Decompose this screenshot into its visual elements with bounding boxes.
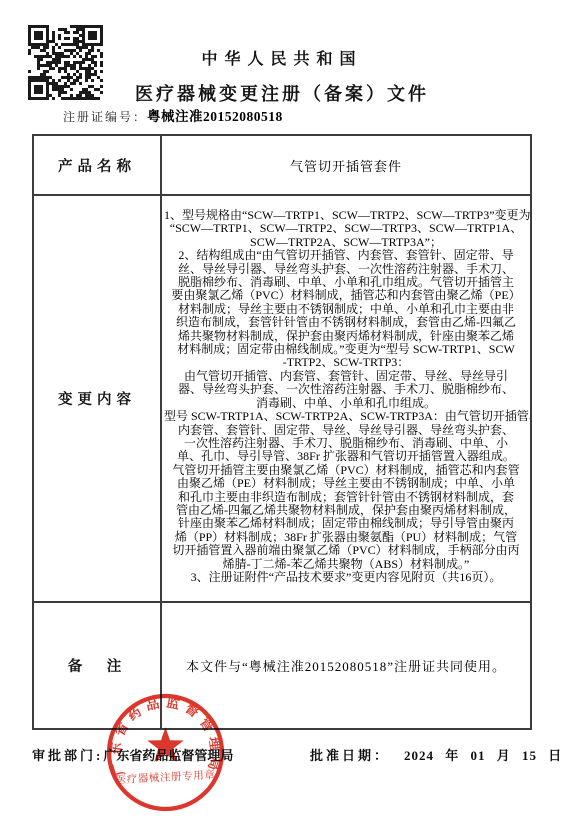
remark-value: 本文件与“粤械注准20152080518”注册证共同使用。 xyxy=(162,603,530,728)
remark-label: 备 注 xyxy=(34,603,162,728)
document-table: 产品名称 气管切开插管套件 变更内容 1、型号规格由“SCW—TRTP1、SCW… xyxy=(32,134,532,730)
change-content-line: 3、注册证附件“产品技术要求”变更内容见附页（共16页）。 xyxy=(164,571,528,584)
title-country: 中华人民共和国 xyxy=(32,46,532,69)
change-content-label: 变更内容 xyxy=(34,196,162,601)
change-content-line: 型号 SCW-TRTP1A、SCW-TRTP2A、SCW-TRTP3A：由气管切… xyxy=(164,410,528,423)
change-content-line: 由聚乙烯（PE）材料制成；导丝主要由不锈钢制成；中单、小单 xyxy=(164,477,528,490)
document-header: 中华人民共和国 医疗器械变更注册（备案）文件 xyxy=(32,46,532,106)
approval-department-label: 审批部门: xyxy=(32,748,103,763)
change-content-line: 2、结构组成由“由气管切开插管、内套管、套管针、固定带、导 xyxy=(164,249,528,262)
table-row-remark: 备 注 本文件与“粤械注准20152080518”注册证共同使用。 xyxy=(34,603,530,728)
approval-date-value: 2024 年 01 月 15 日 xyxy=(404,748,562,763)
change-content-line: -TRTP2、SCW-TRTP3： xyxy=(164,356,528,369)
change-content-line: 1、型号规格由“SCW—TRTP1、SCW—TRTP2、SCW—TRTP3”变更… xyxy=(164,209,528,222)
change-content-line: 单、孔巾、导引导管、38Fr 扩张器和气管切开插管置入器组成。 xyxy=(164,450,528,463)
change-content-line: “SCW—TRTP1、SCW—TRTP2、SCW—TRTP3、SCW—TRTP1… xyxy=(164,222,528,235)
change-content-line: 切开插管置入器前端由聚氯乙烯（PVC）材料制成，手柄部分由丙 xyxy=(164,544,528,557)
product-name-label: 产品名称 xyxy=(34,136,162,194)
approval-date-line: 批准日期：2024 年 01 月 15 日 xyxy=(310,745,562,764)
change-content-line: 器、导丝弯头护套、一次性溶药注射器、手术刀、脱脂棉纱布、 xyxy=(164,383,528,396)
seal-bottom-text: 医疗器械注册专用章 xyxy=(115,768,215,786)
change-content-text: 1、型号规格由“SCW—TRTP1、SCW—TRTP2、SCW—TRTP3”变更… xyxy=(162,196,530,601)
table-row-product-name: 产品名称 气管切开插管套件 xyxy=(34,136,530,196)
table-row-change-content: 变更内容 1、型号规格由“SCW—TRTP1、SCW—TRTP2、SCW—TRT… xyxy=(34,196,530,603)
change-content-line: 要由聚氯乙烯（PVC）材料制成，插管芯和内套管由聚乙烯（PE） xyxy=(164,289,528,302)
approval-date-label: 批准日期： xyxy=(310,748,390,763)
change-content-line: 材料制成；固定带由棉线制成。”变更为“型号 SCW-TRTP1、SCW xyxy=(164,343,528,356)
registration-number-label: 注册证编号： xyxy=(63,110,147,124)
title-document: 医疗器械变更注册（备案）文件 xyxy=(32,80,532,106)
document-page: 中华人民共和国 医疗器械变更注册（备案）文件 注册证编号：粤械注准2015208… xyxy=(0,0,562,822)
change-content-line: 和孔巾主要由非织造布制成；套管针针管由不锈钢材料制成，套 xyxy=(164,491,528,504)
change-content-line: 内套管、套管针、固定带、导丝、导丝导引器、导丝弯头护套、 xyxy=(164,424,528,437)
change-content-line: 针座由聚苯乙烯材料制成；固定带由棉线制成；导引导管由聚丙 xyxy=(164,517,528,530)
approval-department-line: 审批部门:广东省药品监督管理局 xyxy=(32,745,233,764)
approval-department-value: 广东省药品监督管理局 xyxy=(103,748,233,763)
change-content-line: 烯腈-丁二烯-苯乙烯共聚物（ABS）材料制成。” xyxy=(164,558,528,571)
product-name-value: 气管切开插管套件 xyxy=(162,136,530,194)
registration-number-value: 粤械注准20152080518 xyxy=(147,109,283,124)
change-content-line: 织造布制成，套管针针管由不锈钢材料制成，套管由乙烯-四氟乙 xyxy=(164,316,528,329)
registration-number-line: 注册证编号：粤械注准20152080518 xyxy=(63,105,283,125)
